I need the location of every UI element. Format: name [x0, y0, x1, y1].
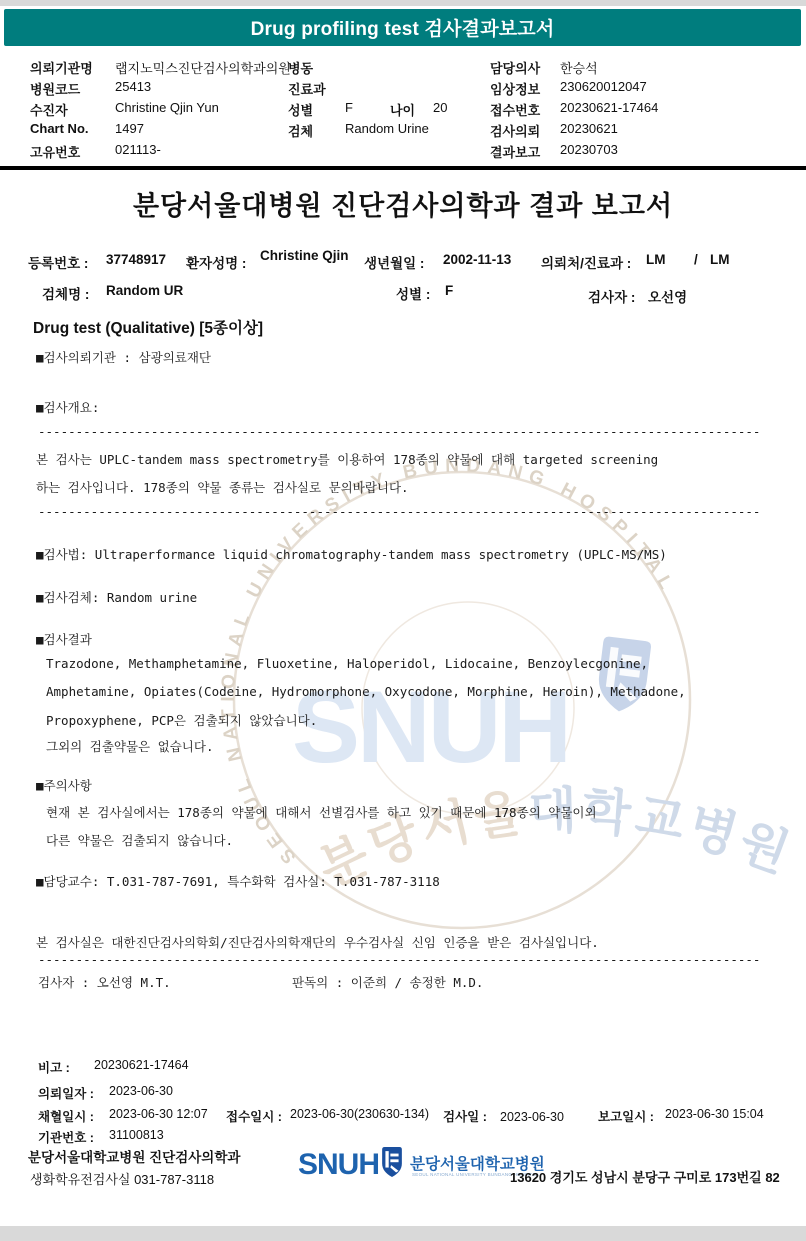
field-value: 20230621-17464	[560, 100, 658, 115]
field-label: 비고 :	[38, 1058, 70, 1076]
field-value: 31100813	[109, 1128, 164, 1142]
field-label: 담당의사	[490, 58, 540, 77]
field-value: 랩지노믹스진단검사의학과의원	[115, 58, 291, 77]
body-line: Trazodone, Methamphetamine, Fluoxetine, …	[46, 656, 648, 671]
field-label: 생년월일 :	[364, 252, 424, 272]
field-value: 20230621	[560, 121, 618, 136]
field-label: 접수일시 :	[226, 1107, 282, 1125]
field-label: 등록번호 :	[28, 252, 88, 272]
field-value: 20230621-17464	[94, 1058, 189, 1072]
field-value: LM	[646, 252, 666, 267]
field-label: 검체명 :	[42, 283, 89, 303]
field-value: Christine Qjin	[260, 248, 349, 263]
test-section-title: Drug test (Qualitative) [5종이상]	[33, 316, 263, 338]
field-value: F	[445, 283, 453, 298]
field-label: 환자성명 :	[186, 252, 246, 272]
field-value: 2023-06-30(230630-134)	[290, 1107, 429, 1121]
body-line: 본 검사는 UPLC-tandem mass spectrometry를 이용하…	[36, 450, 658, 468]
bottom-border-strip	[0, 1226, 806, 1241]
field-label: 병동	[288, 58, 313, 77]
field-label: 나이	[390, 100, 415, 119]
field-value: Christine Qjin Yun	[115, 100, 219, 115]
field-label: 검사자 :	[588, 286, 635, 306]
field-label: 병원코드	[30, 79, 80, 98]
signer-left: 검사자 : 오선영 M.T.	[38, 973, 171, 991]
field-label: Chart No.	[30, 121, 89, 136]
footer-lab-phone: 생화학유전검사실 031-787-3118	[30, 1169, 214, 1188]
field-value: Random UR	[106, 283, 183, 298]
field-value: 2023-06-30	[109, 1084, 173, 1098]
field-label: 접수번호	[490, 100, 540, 119]
field-label: 검체	[288, 121, 313, 140]
banner: Drug profiling test 검사결과보고서	[4, 9, 801, 46]
body-line: 본 검사실은 대한진단검사의학회/진단검사의학재단의 우수검사실 신임 인증을 …	[36, 933, 599, 951]
field-value: /	[694, 252, 698, 267]
body-line: ■주의사항	[36, 776, 92, 794]
field-label: 의뢰처/진료과 :	[541, 252, 631, 272]
field-value: 20230703	[560, 142, 618, 157]
body-line: 다른 약물은 검출되지 않습니다.	[46, 831, 233, 849]
footer-address: 13620 경기도 성남시 분당구 구미로 173번길 82	[510, 1167, 780, 1186]
field-value: 1497	[115, 121, 144, 136]
field-label: 임상정보	[490, 79, 540, 98]
field-label: 성별 :	[396, 283, 430, 303]
dash-line: ----------------------------------------…	[38, 952, 760, 967]
field-label: 보고일시 :	[598, 1107, 654, 1125]
field-label: 의뢰기관명	[30, 58, 93, 77]
body-line: ■담당교수: T.031-787-7691, 특수화학 검사실: T.031-7…	[36, 872, 440, 890]
top-border-strip	[0, 0, 806, 6]
field-value: 230620012047	[560, 79, 647, 94]
dash-line: ----------------------------------------…	[38, 504, 760, 519]
footer-snuh-shield-icon	[381, 1147, 403, 1177]
field-value: 2002-11-13	[443, 252, 511, 267]
footer-department: 분당서울대학교병원 진단검사의학과	[28, 1146, 240, 1166]
page-title: 분당서울대병원 진단검사의학과 결과 보고서	[0, 184, 806, 223]
body-line: Propoxyphene, PCP은 검출되지 않았습니다.	[46, 711, 317, 729]
field-value: 021113-	[115, 142, 161, 157]
field-label: 검사의뢰	[490, 121, 540, 140]
body-line: 현재 본 검사실에서는 178종의 약물에 대해서 선별검사를 하고 있기 때문…	[46, 803, 597, 821]
field-value: 한승석	[560, 58, 598, 77]
field-label: 진료과	[288, 79, 326, 98]
body-line: ■검사의뢰기관 : 삼광의료재단	[36, 348, 211, 366]
field-value: 25413	[115, 79, 151, 94]
field-value: LM	[710, 252, 730, 267]
report-page: SEOUL NATIONAL UNIVERSITY BUNDANG HOSPIT…	[0, 0, 806, 1241]
field-value: Random Urine	[345, 121, 429, 136]
body-line: Amphetamine, Opiates(Codeine, Hydromorph…	[46, 684, 686, 699]
field-value: 2023-06-30 15:04	[665, 1107, 764, 1121]
body-line: ■검사개요:	[36, 398, 99, 416]
signer-right: 판독의 : 이준희 / 송정한 M.D.	[292, 973, 483, 991]
banner-title: Drug profiling test 검사결과보고서	[251, 14, 555, 41]
field-label: 결과보고	[490, 142, 540, 161]
field-value: 2023-06-30 12:07	[109, 1107, 208, 1121]
field-label: 수진자	[30, 100, 68, 119]
body-line: ■검사검체: Random urine	[36, 588, 197, 606]
field-label: 의뢰일자 :	[38, 1084, 94, 1102]
footer-snuh-logo-text: SNUH	[298, 1148, 379, 1182]
body-line: 그외의 검출약물은 없습니다.	[46, 737, 213, 755]
field-value: 2023-06-30	[500, 1110, 564, 1124]
field-label: 성별	[288, 100, 313, 119]
body-line: ■검사결과	[36, 630, 92, 648]
field-value: F	[345, 100, 353, 115]
body-line: ■검사법: Ultraperformance liquid chromatogr…	[36, 545, 667, 563]
dash-line: ----------------------------------------…	[38, 424, 760, 439]
body-line: 하는 검사입니다. 178종의 약물 종류는 검사실로 문의바랍니다.	[36, 478, 409, 496]
divider	[0, 166, 806, 170]
field-value: 오선영	[648, 286, 687, 306]
field-label: 채혈일시 :	[38, 1107, 94, 1125]
field-label: 고유번호	[30, 142, 80, 161]
field-value: 37748917	[106, 252, 166, 267]
field-label: 기관번호 :	[38, 1128, 94, 1146]
field-value: 20	[433, 100, 447, 115]
field-label: 검사일 :	[443, 1107, 487, 1125]
